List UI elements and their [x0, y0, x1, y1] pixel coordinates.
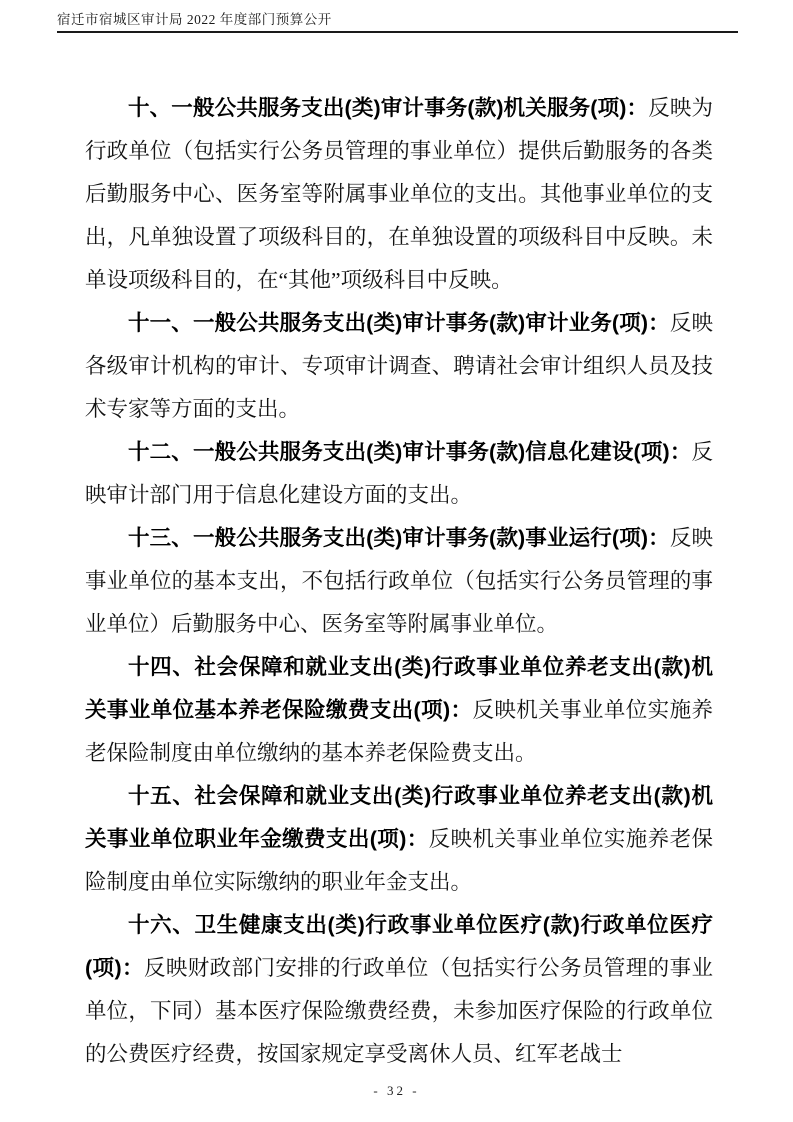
paragraph-10-heading: 十、一般公共服务支出(类)审计事务(款)机关服务(项)： — [128, 96, 648, 120]
paragraph-13-heading: 十三、一般公共服务支出(类)审计事务(款)事业运行(项)： — [128, 526, 670, 550]
header-title: 宿迁市宿城区审计局 2022 年度部门预算公开 — [57, 11, 738, 28]
paragraph-12: 十二、一般公共服务支出(类)审计事务(款)信息化建设(项)：反映审计部门用于信息… — [85, 431, 713, 517]
paragraph-16-text: 反映财政部门安排的行政单位（包括实行公务员管理的事业单位，下同）基本医疗保险缴费… — [85, 956, 713, 1066]
paragraph-11: 十一、一般公共服务支出(类)审计事务(款)审计业务(项)：反映各级审计机构的审计… — [85, 302, 713, 431]
paragraph-13: 十三、一般公共服务支出(类)审计事务(款)事业运行(项)：反映事业单位的基本支出… — [85, 517, 713, 646]
paragraph-12-heading: 十二、一般公共服务支出(类)审计事务(款)信息化建设(项)： — [128, 440, 691, 464]
paragraph-15: 十五、社会保障和就业支出(类)行政事业单位养老支出(款)机关事业单位职业年金缴费… — [85, 775, 713, 904]
paragraph-10: 十、一般公共服务支出(类)审计事务(款)机关服务(项)：反映为行政单位（包括实行… — [85, 87, 713, 302]
page-number: - 32 - — [373, 1083, 419, 1098]
paragraph-10-text: 反映为行政单位（包括实行公务员管理的事业单位）提供后勤服务的各类后勤服务中心、医… — [85, 96, 713, 292]
paragraph-16: 十六、卫生健康支出(类)行政事业单位医疗(款)行政单位医疗(项)：反映财政部门安… — [85, 904, 713, 1076]
paragraph-11-heading: 十一、一般公共服务支出(类)审计事务(款)审计业务(项)： — [128, 311, 670, 335]
document-page: 宿迁市宿城区审计局 2022 年度部门预算公开 十、一般公共服务支出(类)审计事… — [0, 0, 793, 1122]
paragraph-14: 十四、社会保障和就业支出(类)行政事业单位养老支出(款)机关事业单位基本养老保险… — [85, 646, 713, 775]
document-body: 十、一般公共服务支出(类)审计事务(款)机关服务(项)：反映为行政单位（包括实行… — [85, 87, 713, 1076]
page-header: 宿迁市宿城区审计局 2022 年度部门预算公开 — [57, 11, 738, 33]
page-footer: - 32 - — [0, 1082, 793, 1100]
